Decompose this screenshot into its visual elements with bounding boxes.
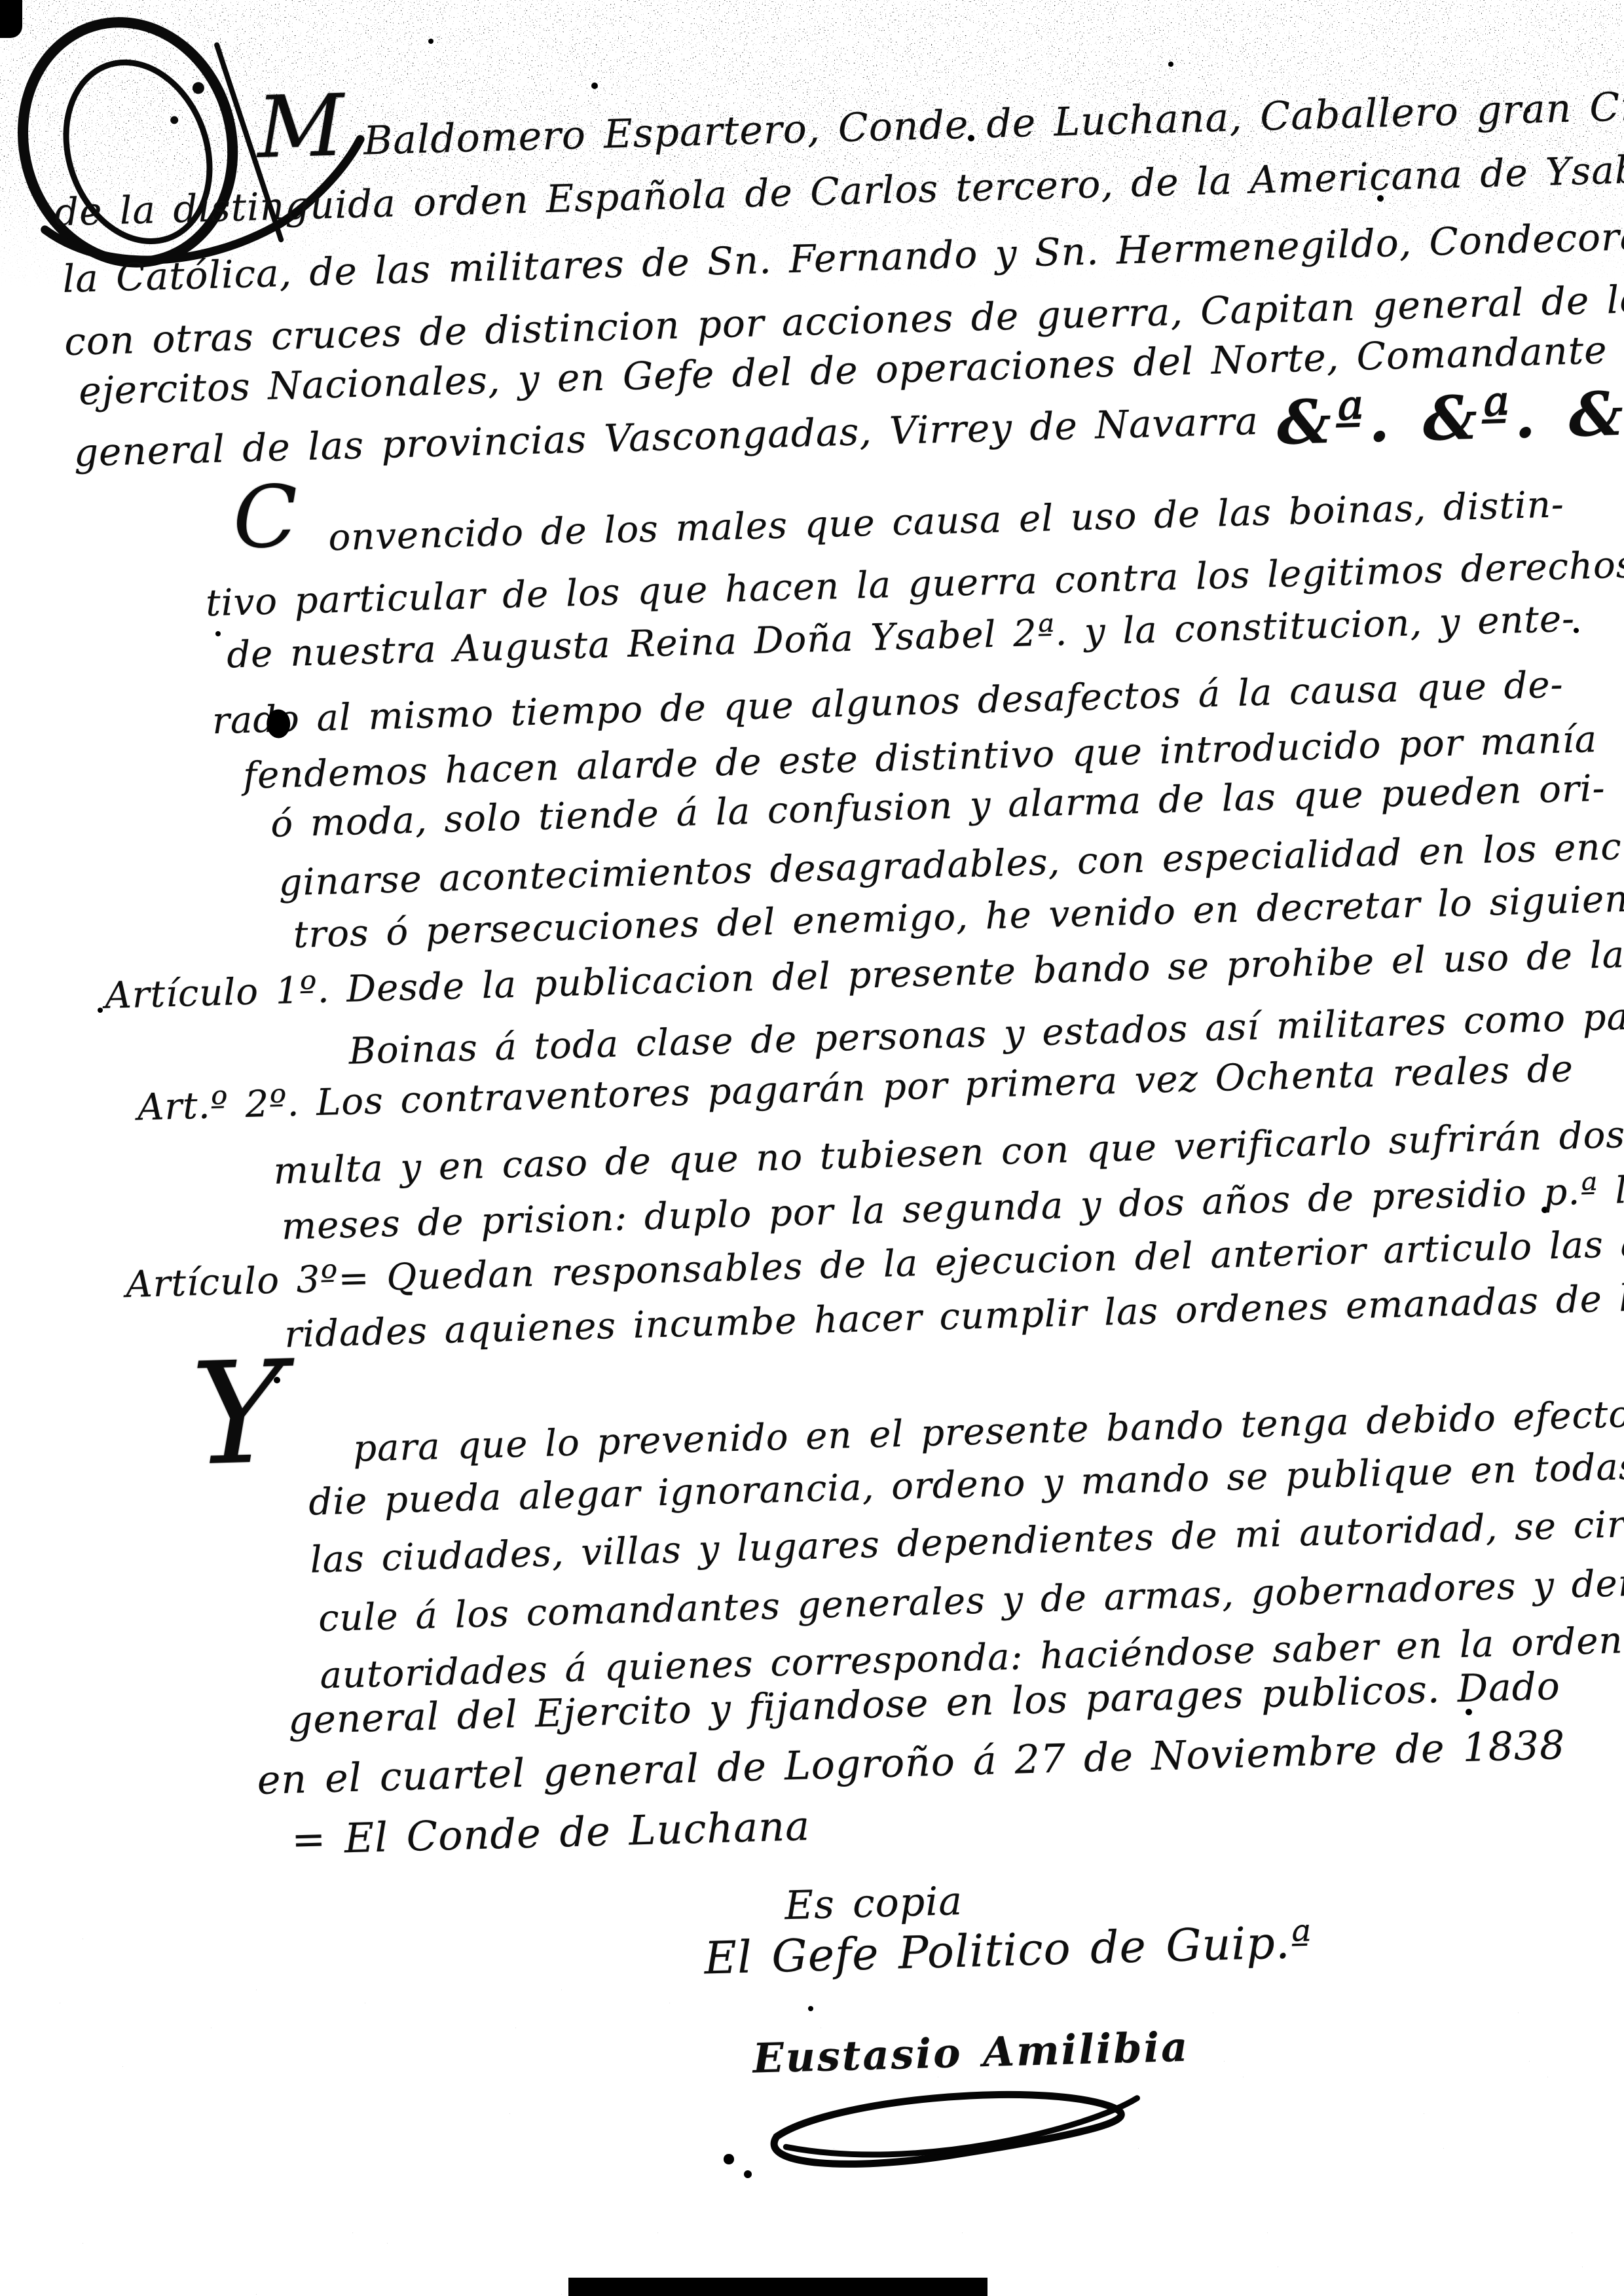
scan-black-bar [568,2278,987,2296]
page: M Baldomero Espartero, Conde de Luchana,… [0,0,1624,2296]
signature-rubric [744,2086,1166,2189]
signature-name: Eustasio Amilibia [752,2023,1190,2083]
header-line-6-text: general de las provincias Vascongadas, V… [73,399,1259,475]
preamble-line-1-text: onvencido de los males que causa el uso … [328,483,1565,559]
initial-m: M [256,82,346,170]
signature-name-text: Eustasio Amilibia [752,2023,1190,2083]
manuscript-ink: M Baldomero Espartero, Conde de Luchana,… [0,0,1624,2296]
closing-line-8: = El Conde de Luchana [291,1802,811,1863]
closing-initial-y: Y [190,1342,287,1485]
closing-line-8-text: = El Conde de Luchana [291,1802,811,1863]
preamble-line-1: onvencido de los males que causa el uso … [328,483,1565,559]
header-line-1: Baldomero Espartero, Conde de Luchana, C… [363,82,1624,164]
header-line-1-text: Baldomero Espartero, Conde de Luchana, C… [363,82,1624,164]
etcetera-flourish: &ª. &ª. &º. [1276,376,1624,458]
preamble-initial-c: C [232,474,299,561]
es-copia-label: Es copia [784,1878,963,1929]
es-copia-text: Es copia [784,1878,963,1929]
